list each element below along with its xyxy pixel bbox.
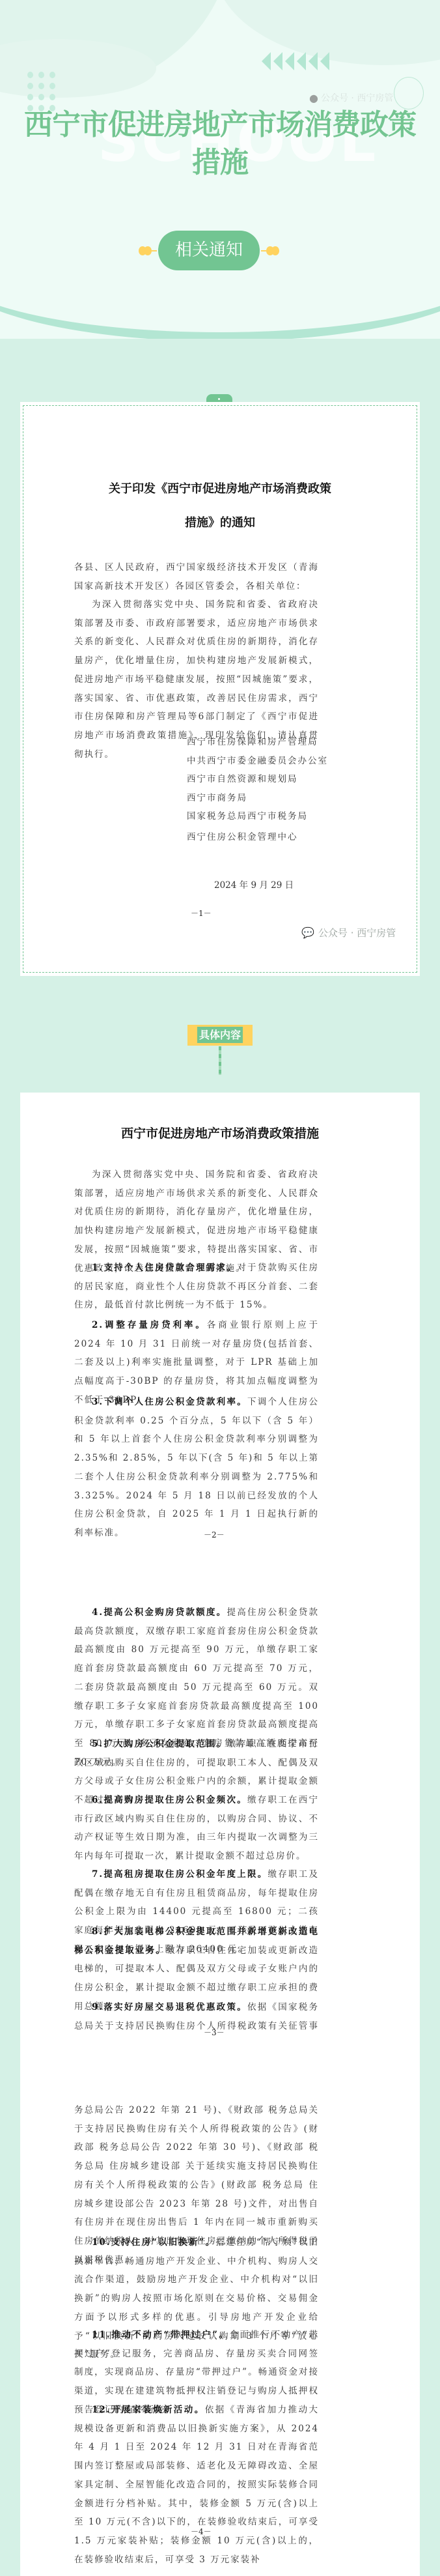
page-number: －3－ <box>204 2027 225 2038</box>
notice-title: 关于印发《西宁市促进房地产市场消费政策 措施》的通知 <box>20 472 420 540</box>
section-pill: 相关通知 <box>139 231 279 270</box>
notice-salutation: 各县、区人民政府，西宁国家级经济技术开发区（青海国家高新技术开发区）各园区管委会… <box>74 558 319 595</box>
measures-card: 西宁市促进房地产市场消费政策措施 为深入贯彻落实党中央、国务院和省委、省政府决策… <box>20 1093 420 2576</box>
measure-item: 6.提高购房提取住房公积金频次。缴存职工在西宁市行政区域内购买自住住房的，以购房… <box>74 1791 319 1866</box>
zigzag-connector <box>219 1046 221 1075</box>
notice-date: 2024 年 9 月 29 日 <box>214 876 294 895</box>
measure-item: 3.下调个人住房公积金贷款利率。下调个人住房公积金贷款利率 0.25 个百分点，… <box>74 1393 319 1543</box>
section-tag-label: 具体内容 <box>197 1027 243 1043</box>
section-pill-label: 相关通知 <box>158 231 260 270</box>
header-banner: SCHOOL ● 公众号 · 西宁房管 西宁市促进房地产市场消费政策 措施 相关… <box>0 0 440 339</box>
page-number: －1－ <box>191 908 212 919</box>
wechat-icon: ● <box>309 92 318 104</box>
wechat-icon: 💬 <box>301 926 314 939</box>
measure-item: 9.落实好房屋交易退税优惠政策。依据《国家税务总局关于支持居民换购住房个人所得税… <box>74 1998 319 2036</box>
measure-item: 12.开展家装焕新活动。依据《青海省加力推动大规模设备更新和消费品以旧换新实施方… <box>74 2401 319 2569</box>
section-tag: 具体内容 <box>187 1025 253 1046</box>
decor-ring <box>394 77 424 109</box>
page-number: －2－ <box>204 1529 225 1540</box>
watermark: 💬 公众号 · 西宁房管 <box>301 926 396 939</box>
page-title: 西宁市促进房地产市场消费政策 措施 <box>0 106 440 182</box>
measure-item: 1.支持个人住房贷款合理需求。对于贷款购买住房的居民家庭，商业性个人住房贷款不再… <box>74 1259 319 1315</box>
decor-arrows-icon <box>262 52 332 70</box>
page-number: －4－ <box>191 2526 212 2537</box>
watermark-faint: ● 公众号 · 西宁房管 <box>309 91 393 104</box>
measures-title: 西宁市促进房地产市场消费政策措施 <box>20 1124 420 1141</box>
notice-card: 关于印发《西宁市促进房地产市场消费政策 措施》的通知 各县、区人民政府，西宁国家… <box>20 402 420 976</box>
signatories: 西宁市住房保障和房产管理局 中共西宁市委金融委员会办公室 西宁市自然资源和规划局… <box>187 733 328 846</box>
decor-dots <box>27 72 55 111</box>
